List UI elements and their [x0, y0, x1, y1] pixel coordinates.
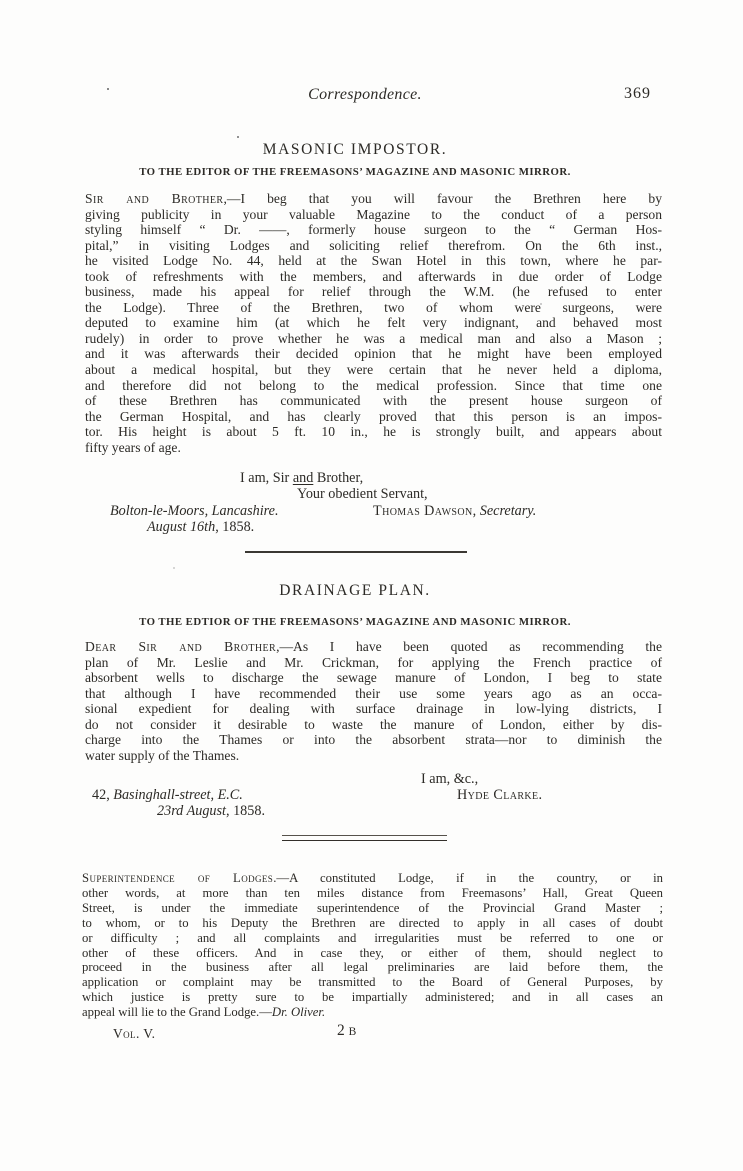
- text-line: the German Hospital, and has clearly pro…: [85, 409, 662, 425]
- letter2-editor-line: TO THE EDTIOR OF THE FREEMASONS’ MAGAZIN…: [85, 616, 625, 628]
- text-line: Superintendence of Lodges.—A constituted…: [82, 871, 663, 886]
- text-line: pital,” in visiting Lodges and solicitin…: [85, 238, 662, 254]
- text-line: plan of Mr. Leslie and Mr. Crickman, for…: [85, 655, 662, 671]
- text-line: which justice is pretty sure to be impar…: [82, 990, 663, 1005]
- text-line: other words, at more than ten miles dist…: [82, 886, 663, 901]
- text-line: he visited Lodge No. 44, held at the Swa…: [85, 253, 662, 269]
- text-line: deputed to examine him (at which he felt…: [85, 315, 662, 331]
- letter2-signature: Hyde Clarke.: [457, 787, 542, 804]
- letter1-body: Sir and Brother,—I beg that you will fav…: [85, 191, 662, 455]
- text-line: sional expedient for dealing with surfac…: [85, 701, 662, 717]
- page-number: 369: [624, 85, 651, 103]
- text-line: giving publicity in your valuable Magazi…: [85, 207, 662, 223]
- text-line: fifty years of age.: [85, 440, 662, 456]
- text-line: styling himself “ Dr. ——, formerly house…: [85, 222, 662, 238]
- text-line: application or complaint may be transmit…: [82, 975, 663, 990]
- text-line: Street, is under the immediate superinte…: [82, 901, 663, 916]
- letter1-valediction-1: I am, Sir and Brother,: [240, 470, 363, 487]
- letter2-date: 23rd August, 1858.: [157, 803, 265, 820]
- text-line: and it was afterwards their decided opin…: [85, 346, 662, 362]
- text-line: rudely) in order to prove whether he was…: [85, 331, 662, 347]
- text-line: took of refreshments with the members, a…: [85, 269, 662, 285]
- letter1-place: Bolton-le-Moors, Lancashire.: [110, 503, 279, 520]
- text-line: charge into the Thames or into the absor…: [85, 732, 662, 748]
- scan-specks: [0, 0, 2, 2]
- text-line: appeal will lie to the Grand Lodge.—Dr. …: [82, 1005, 663, 1020]
- letter2-place: 42, Basinghall-street, E.C.: [92, 787, 243, 804]
- volume-label: Vol. V.: [113, 1026, 155, 1042]
- letter2-valediction: I am, &c.,: [421, 771, 478, 788]
- text-line: other of these officers. And in case the…: [82, 946, 663, 961]
- letter1-signature: Thomas Dawson, Secretary.: [373, 503, 536, 520]
- printer-signature-mark: 2 B: [337, 1022, 356, 1040]
- text-line: about a medical hospital, but they were …: [85, 362, 662, 378]
- text-line: to whom, or to his Deputy the Brethren a…: [82, 916, 663, 931]
- letter1-editor-line: TO THE EDITOR OF THE FREEMASONS’ MAGAZIN…: [85, 166, 625, 178]
- running-title: Correspondence.: [85, 86, 645, 104]
- letter1-date: August 16th, 1858.: [147, 519, 254, 536]
- letter1-valediction-2: Your obedient Servant,: [297, 486, 428, 503]
- text-line: business, made his appeal for relief thr…: [85, 284, 662, 300]
- section-divider-double: [282, 835, 447, 841]
- text-line: Dear Sir and Brother,—As I have been quo…: [85, 639, 662, 655]
- text-line: proceed in the business after all legal …: [82, 960, 663, 975]
- text-line: absorbent wells to discharge the sewage …: [85, 670, 662, 686]
- letter1-title: MASONIC IMPOSTOR.: [85, 141, 625, 159]
- text-line: tor. His height is about 5 ft. 10 in., h…: [85, 424, 662, 440]
- text-line: that although I have recommended their u…: [85, 686, 662, 702]
- text-line: water supply of the Thames.: [85, 748, 662, 764]
- scanned-document-page: Correspondence. 369 MASONIC IMPOSTOR. TO…: [0, 0, 743, 1171]
- text-line: or difficulty ; and all complaints and i…: [82, 931, 663, 946]
- text-line: of these Brethren has communicated with …: [85, 393, 662, 409]
- text-line: the Lodge). Three of the Brethren, two o…: [85, 300, 662, 316]
- letter2-title: DRAINAGE PLAN.: [85, 582, 625, 600]
- text-line: do not consider it desirable to waste th…: [85, 717, 662, 733]
- superintendence-notice: Superintendence of Lodges.—A constituted…: [82, 871, 663, 1020]
- text-line: Sir and Brother,—I beg that you will fav…: [85, 191, 662, 207]
- letter2-body: Dear Sir and Brother,—As I have been quo…: [85, 639, 662, 763]
- section-divider: [245, 551, 467, 553]
- text-line: and therefore did not belong to the medi…: [85, 378, 662, 394]
